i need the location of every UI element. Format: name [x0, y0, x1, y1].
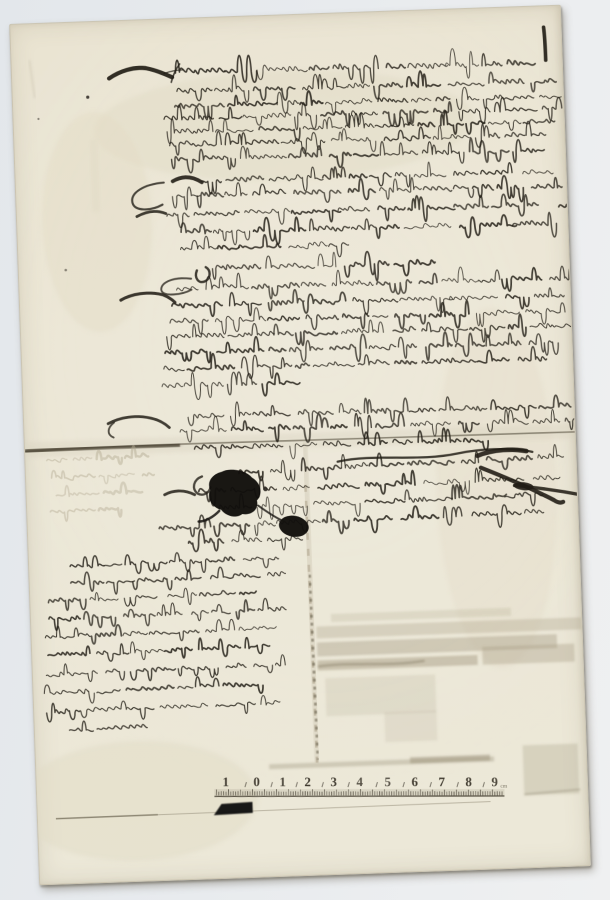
ruler-half-tick — [296, 782, 298, 787]
ghost-handwriting — [46, 446, 155, 522]
ruler-half-tick — [430, 782, 432, 787]
ink-speck — [86, 96, 89, 99]
ruler-half-tick — [322, 782, 324, 787]
ruler-label: 6 — [411, 774, 418, 789]
manuscript-photograph: Photograph of a handwritten early-modern… — [0, 0, 610, 900]
ruler-label: 9 — [491, 774, 498, 789]
ruler-label: 1 — [279, 774, 286, 789]
handwriting-paragraph-6 — [40, 549, 291, 733]
para2-lead-bold — [173, 177, 202, 184]
para5-line2-bold — [165, 490, 195, 495]
large-ink-blot — [208, 469, 261, 518]
ruler-label: 7 — [438, 774, 445, 789]
para4-lead — [108, 415, 169, 429]
opening-swash — [109, 67, 172, 80]
margin-bracket-stroke — [544, 27, 546, 60]
ruler-half-tick — [376, 782, 378, 787]
ruler-half-tick — [457, 782, 459, 787]
ruler-label: 0 — [253, 774, 260, 789]
paper-scratch — [29, 60, 34, 98]
ruler-label: 5 — [384, 774, 391, 789]
ruler-half-tick — [403, 782, 405, 787]
measuring-scale-ruler: 10123456789cm — [214, 774, 507, 797]
ruler-unit-label: cm — [500, 784, 507, 790]
manuscript-artwork: 10123456789cm — [10, 6, 590, 885]
manuscript-paper-sheet: 10123456789cm — [9, 5, 591, 886]
ruler-label: 3 — [330, 774, 337, 789]
ruler-half-tick — [348, 782, 350, 787]
ruler-baseline — [214, 796, 504, 797]
ruler-label: 8 — [465, 774, 472, 789]
ink-speck — [37, 118, 39, 120]
para4-lead-curl — [108, 422, 114, 437]
ruler-label: 2 — [304, 774, 311, 789]
para5-line1-curl — [194, 476, 211, 495]
ruler-half-tick — [271, 782, 273, 787]
heading-initial — [196, 267, 210, 282]
vertical-fold-crease — [304, 442, 318, 763]
heading-oval-swash — [161, 278, 192, 295]
ruler-label: 1 — [222, 774, 229, 789]
handwriting-heading-line — [212, 249, 436, 287]
ruler-label: 4 — [356, 774, 363, 789]
ruler-half-tick — [483, 782, 485, 787]
